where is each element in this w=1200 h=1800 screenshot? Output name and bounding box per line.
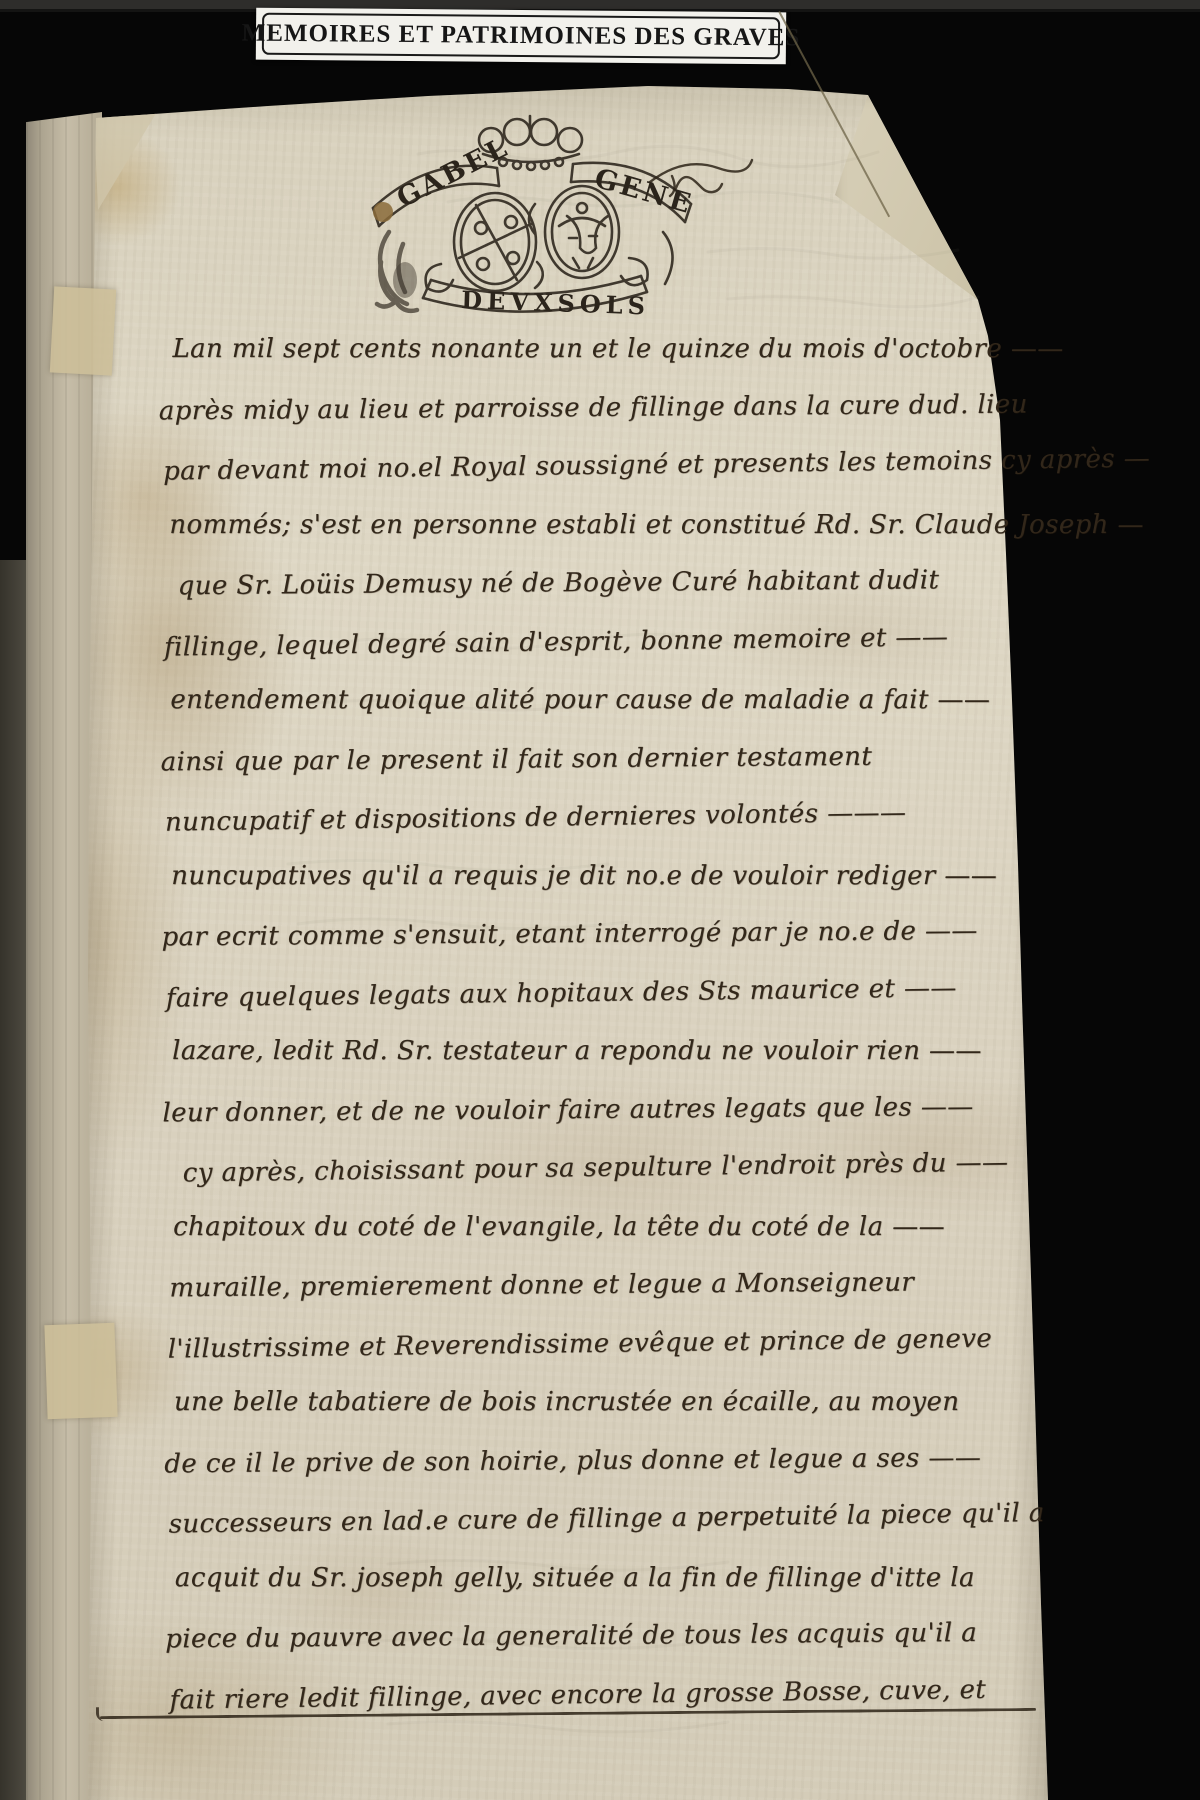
manuscript-line: par devant moi no.el Royal soussigné et … [163, 431, 1018, 501]
stamp-banner-bottom-text: DEVXSOLS [461, 285, 651, 321]
manuscript-line: fillinge, lequel degré sain d'esprit, bo… [164, 607, 1019, 677]
manuscript-line: acquit du Sr. joseph gelly, située a la … [175, 1548, 1023, 1607]
manuscript-line: que Sr. Loüis Demusy né de Bogève Curé h… [177, 551, 1017, 616]
archive-label: MEMOIRES ET PATRIMOINES DES GRAVES [256, 8, 786, 65]
stamp-shield-cross [454, 193, 536, 291]
stamp-shield-eagle [545, 186, 619, 278]
manuscript-line: nommés; s'est en personne establi et con… [169, 495, 1017, 554]
manuscript-line: faire quelques legats aux hopitaux des S… [166, 958, 1021, 1028]
manuscript-line: après midy au lieu et parroisse de filli… [159, 375, 1017, 440]
archive-label-text: MEMOIRES ET PATRIMOINES DES GRAVES [242, 20, 801, 53]
manuscript-line: par ecrit comme s'ensuit, etant interrog… [161, 902, 1019, 967]
manuscript-line: piece du pauvre avec la generalité de to… [165, 1604, 1023, 1669]
manuscript-line: entendement quoique alité pour cause de … [170, 671, 1018, 729]
manuscript-text: Lan mil sept cents nonante un et le quin… [156, 318, 1023, 1726]
archive-label-border: MEMOIRES ET PATRIMOINES DES GRAVES [262, 13, 780, 60]
manuscript-line: muraille, premierement donne et legue a … [169, 1253, 1021, 1318]
manuscript-line: lazare, ledit Rd. Sr. testateur a repond… [172, 1022, 1020, 1081]
stamp-brown-spot [373, 202, 393, 222]
archive-photo: MEMOIRES ET PATRIMOINES DES GRAVES [0, 0, 1200, 1800]
manuscript-line: successeurs en lad.e cure de fillinge a … [168, 1484, 1023, 1554]
manuscript-line: une belle tabatiere de bois incrustée en… [174, 1373, 1022, 1432]
manuscript-line: ainsi que par le present il fait son der… [160, 726, 1018, 791]
manuscript-line: fait riere ledit fillinge, avec encore l… [169, 1660, 1024, 1730]
stamp-ribbon-left-text: GABEL [392, 131, 514, 214]
manuscript-line: cy après, choisissant pour sa sepulture … [182, 1133, 1021, 1202]
manuscript-line: de ce il le prive de son hoirie, plus do… [164, 1428, 1022, 1493]
manuscript-line: Lan mil sept cents nonante un et le quin… [172, 320, 1016, 379]
frame-top-bar [0, 0, 1200, 9]
manuscript-line: chapitoux du coté de l'evangile, la tête… [173, 1197, 1021, 1256]
book-page-edges [0, 560, 26, 1800]
manuscript-line: l'illustrissime et Reverendissime evêque… [167, 1309, 1022, 1379]
manuscript-line: nuncupatives qu'il a requis je dit no.e … [171, 846, 1019, 905]
manuscript-line: nuncupatif et dispositions de dernieres … [165, 782, 1020, 852]
paraph-flourish [642, 142, 762, 208]
manuscript-line: leur donner, et de ne vouloir faire autr… [162, 1077, 1020, 1142]
